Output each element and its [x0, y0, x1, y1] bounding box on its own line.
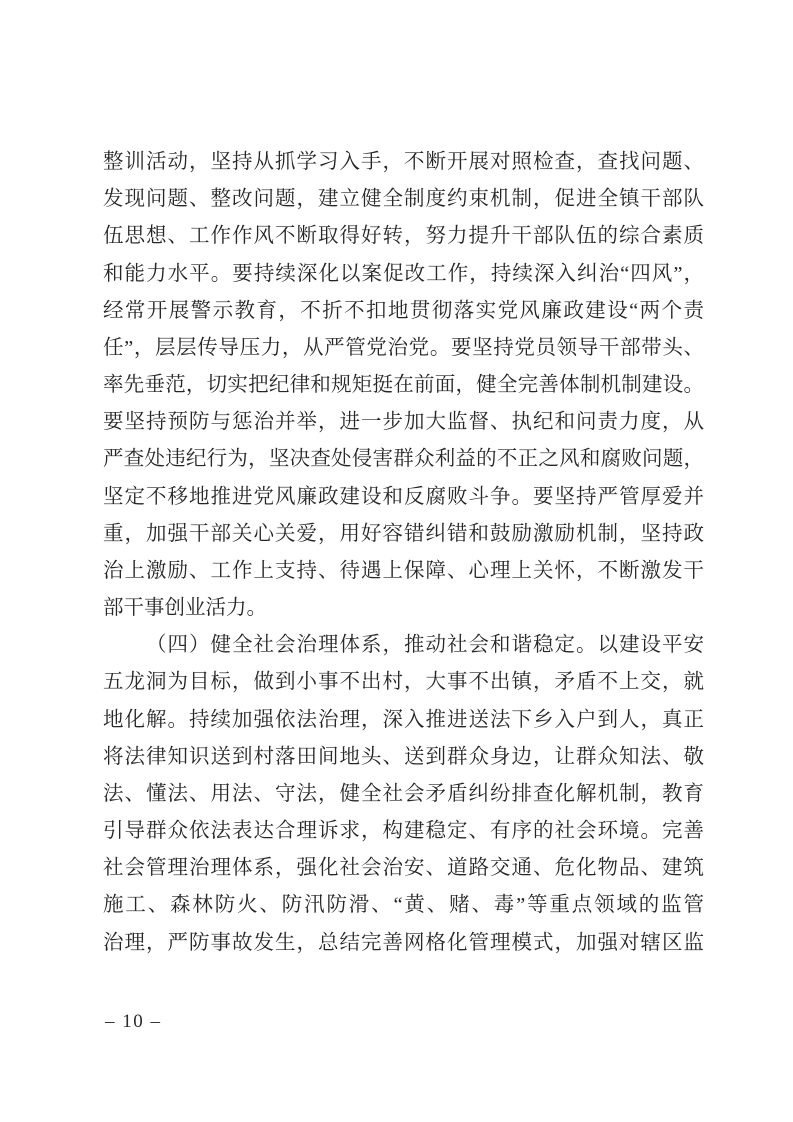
text-line: （四）健全社会治理体系，推动社会和谐稳定。以建设平安	[103, 627, 704, 664]
text-line: 治上激励、工作上支持、待遇上保障、心理上关怀，不断激发干	[103, 553, 704, 590]
text-line: 将法律知识送到村落田间地头、送到群众身边，让群众知法、敬	[103, 739, 704, 776]
text-line: 法、懂法、用法、守法，健全社会矛盾纠纷排查化解机制，教育	[103, 776, 704, 813]
text-line: 经常开展警示教育，不折不扣地贯彻落实党风廉政建设“两个责	[103, 293, 704, 330]
text-line: 整训活动，坚持从抓学习入手，不断开展对照检查，查找问题、	[103, 144, 704, 181]
text-line: 率先垂范，切实把纪律和规矩挺在前面，健全完善体制机制建设。	[103, 367, 704, 404]
text-line: 伍思想、工作作风不断取得好转，努力提升干部队伍的综合素质	[103, 218, 704, 255]
text-line: 要坚持预防与惩治并举，进一步加大监督、执纪和问责力度，从	[103, 404, 704, 441]
text-line: 社会管理治理体系，强化社会治安、道路交通、危化物品、建筑	[103, 850, 704, 887]
text-line: 和能力水平。要持续深化以案促改工作，持续深入纠治“四风”，	[103, 256, 704, 293]
document-body: 整训活动，坚持从抓学习入手，不断开展对照检查，查找问题、发现问题、整改问题，建立…	[103, 144, 704, 962]
text-line: 严查处违纪行为，坚决查处侵害群众利益的不正之风和腐败问题，	[103, 441, 704, 478]
document-page: 整训活动，坚持从抓学习入手，不断开展对照检查，查找问题、发现问题、整改问题，建立…	[0, 0, 793, 1122]
text-line: 发现问题、整改问题，建立健全制度约束机制，促进全镇干部队	[103, 181, 704, 218]
text-line: 施工、森林防火、防汛防滑、“黄、赌、毒”等重点领域的监管	[103, 887, 704, 924]
page-number: – 10 –	[105, 1010, 162, 1034]
text-line: 坚定不移地推进党风廉政建设和反腐败斗争。要坚持严管厚爱并	[103, 479, 704, 516]
text-line: 引导群众依法表达合理诉求，构建稳定、有序的社会环境。完善	[103, 813, 704, 850]
text-line: 地化解。持续加强依法治理，深入推进送法下乡入户到人，真正	[103, 702, 704, 739]
text-line: 部干事创业活力。	[103, 590, 704, 627]
text-line: 治理，严防事故发生，总结完善网格化管理模式，加强对辖区监	[103, 925, 704, 962]
text-line: 重，加强干部关心关爱，用好容错纠错和鼓励激励机制，坚持政	[103, 516, 704, 553]
text-line: 任”，层层传导压力，从严管党治党。要坚持党员领导干部带头、	[103, 330, 704, 367]
text-line: 五龙洞为目标，做到小事不出村，大事不出镇，矛盾不上交，就	[103, 664, 704, 701]
